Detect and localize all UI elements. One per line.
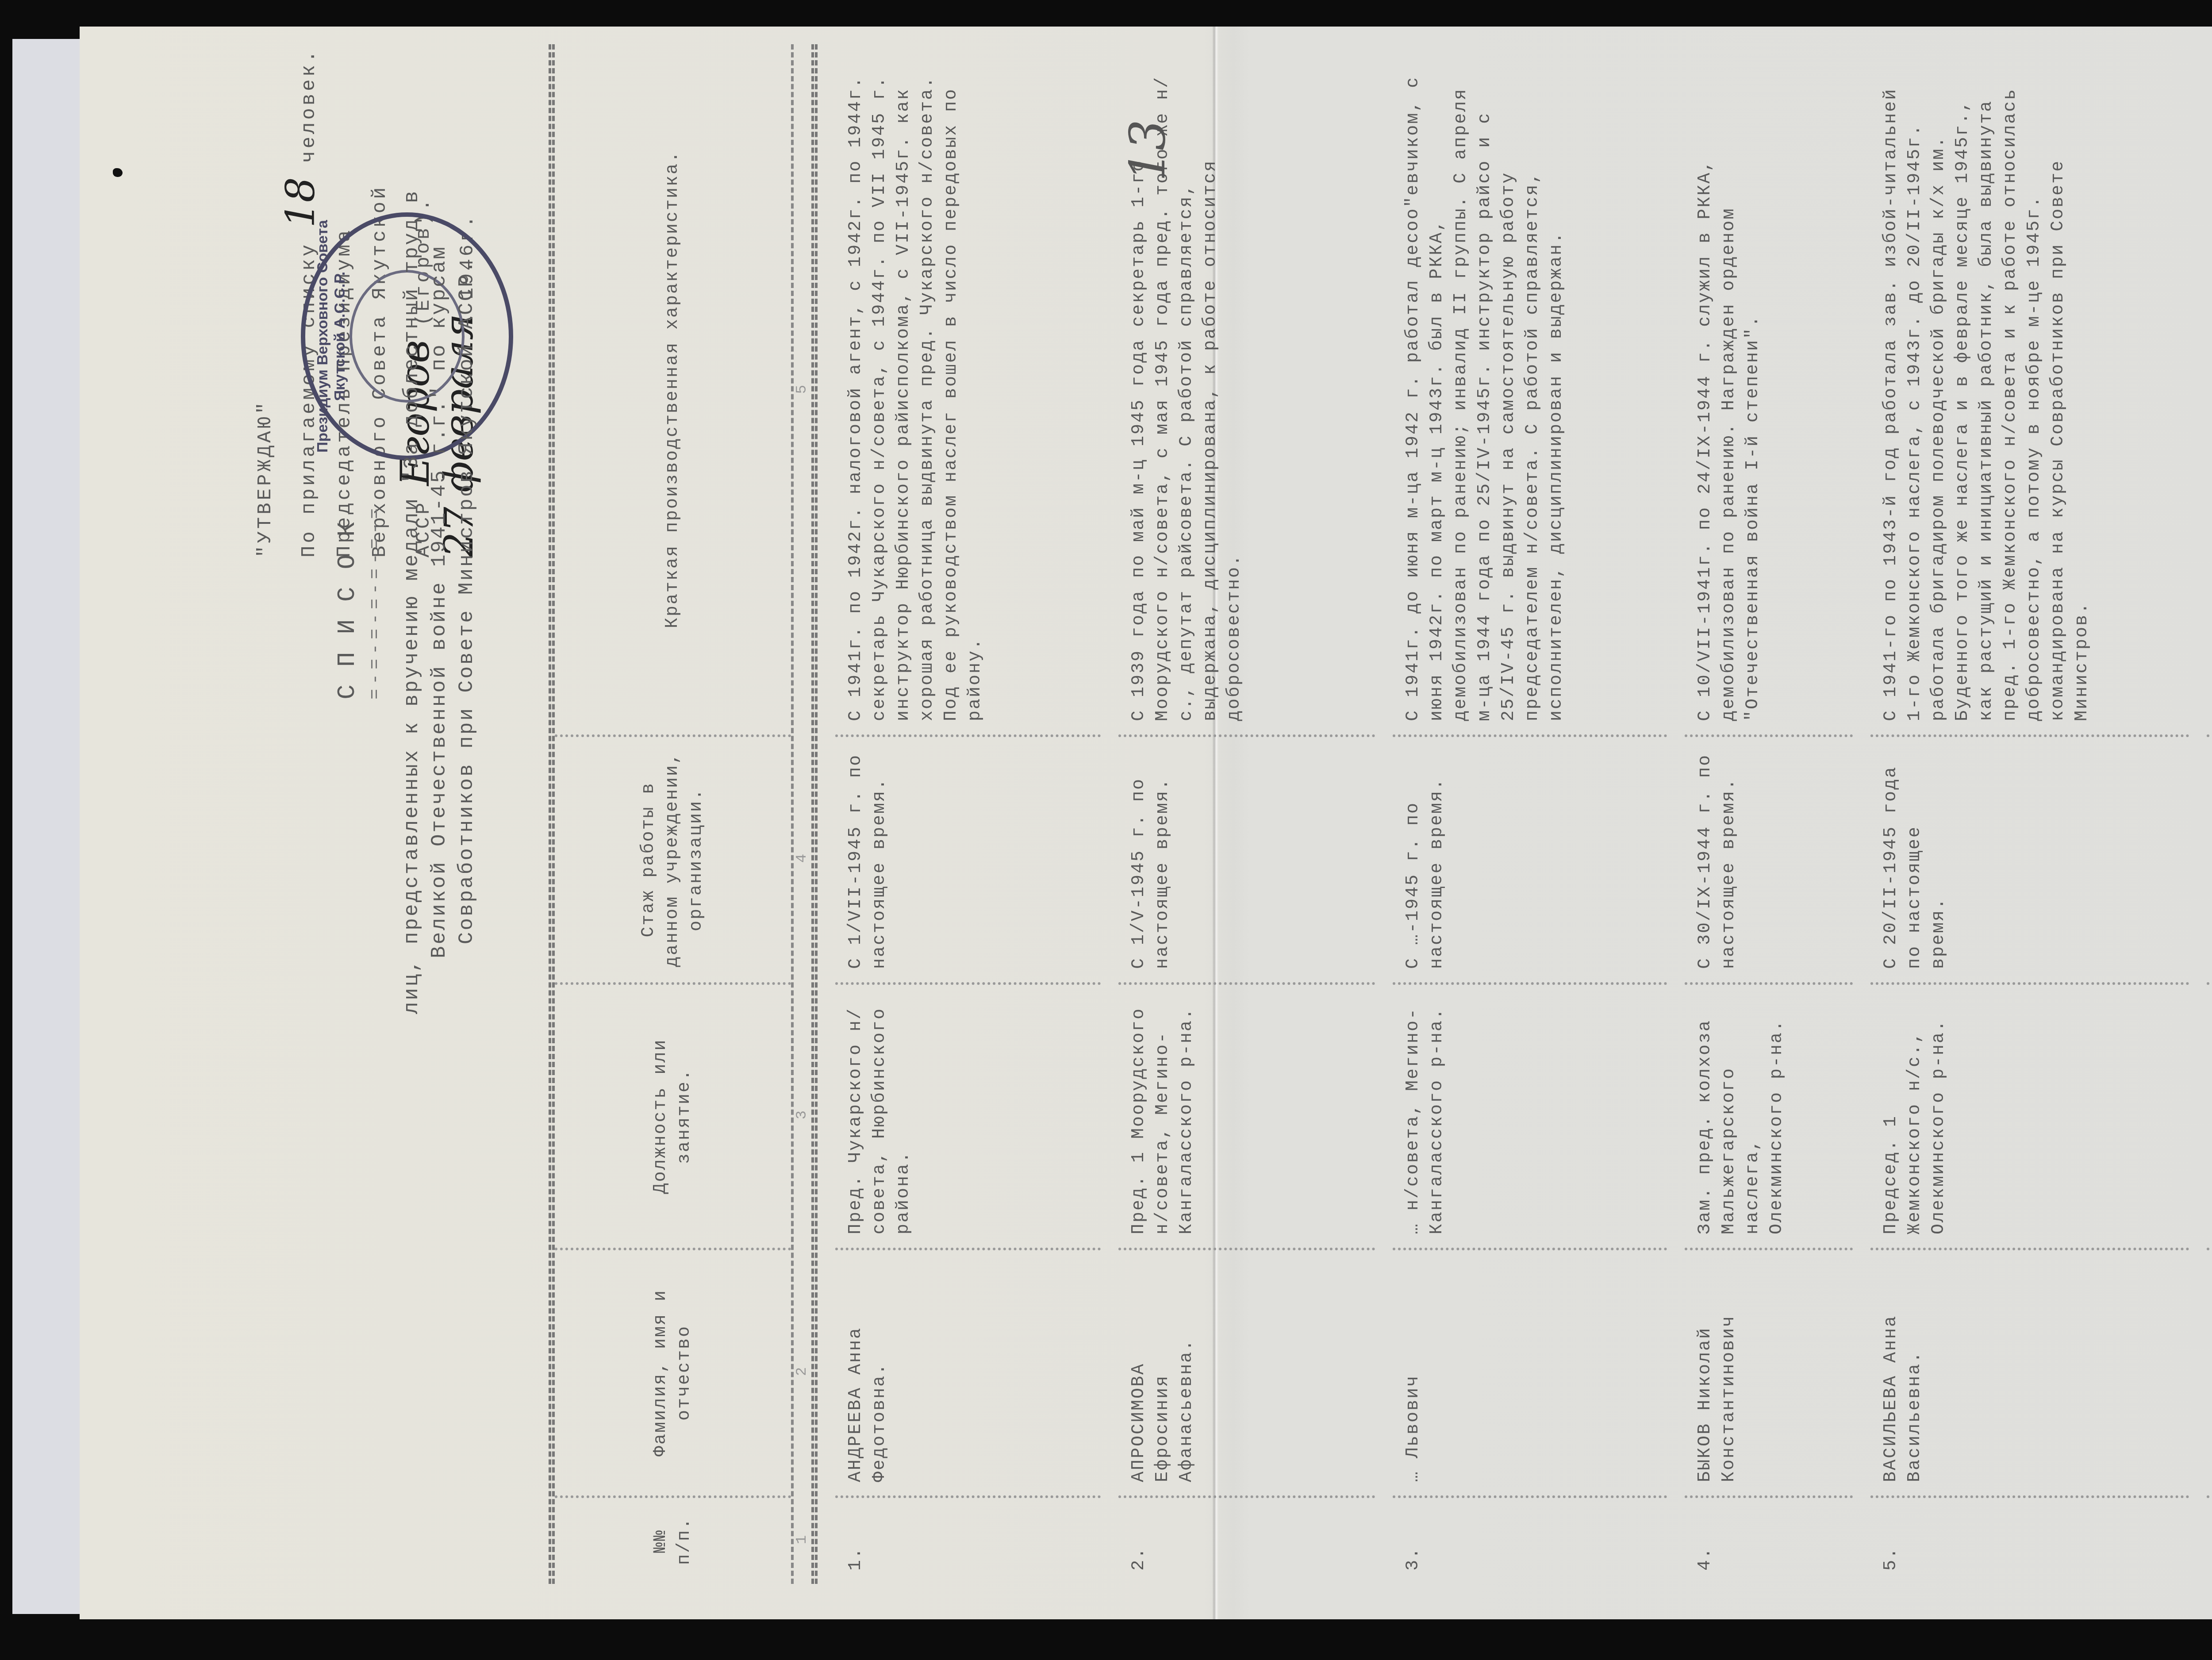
person-position: Зам. пред. колхоза Мальжегарского наслег… [1685, 982, 1853, 1248]
person-name: ВАСИЛЬЕВА Анна Васильевна. [1870, 1248, 2189, 1495]
header-name: Фамилия, имя и отчество [555, 1248, 791, 1495]
person-tenure: С 20/II-1945 года по настоящее время. [1870, 734, 2189, 982]
header-characteristic: Краткая производственная характеристика. [555, 44, 791, 734]
person-characteristic: С 1941г. по VI-1942г. инструктор РК, чле… [2207, 44, 2212, 734]
document-title: лиц, представленных к вручению медали "З… [398, 159, 480, 1044]
document-heading: СПИСОК [327, 159, 367, 1044]
header-number: №№ п/п. [555, 1495, 791, 1584]
person-name: АПРОСИМОВА Ефросиния Афанасьевна. [1118, 1248, 1375, 1495]
row-number: 5. [1870, 1495, 2189, 1584]
table-row: 3. … Львович … н/совета, Мегино-Кангалас… [1375, 44, 1667, 1584]
approval-heading: "УТВЕРЖДАЮ" [248, 71, 283, 557]
person-position: Председ. 1 Жемконского н/с., Олекминског… [1870, 982, 2189, 1248]
person-name: БЫКОВ Николай Константинович [1685, 1248, 1853, 1495]
row-number: 1. [835, 1495, 1101, 1584]
document-page: "УТВЕРЖДАЮ" По прилагаемому списку 18 че… [80, 27, 2212, 1619]
pencil-mark-row2: 13 [1119, 119, 1176, 181]
table-header: №№ п/п. Фамилия, имя и отчество Должност… [555, 44, 794, 1584]
row-number: 3. [1393, 1495, 1667, 1584]
person-name: … Львович [1393, 1248, 1667, 1495]
row-number: 4. [1685, 1495, 1853, 1584]
table-row: 5. ВАСИЛЬЕВА Анна Васильевна. Председ. 1… [1853, 44, 2189, 1584]
person-name: ГОГОЛЕВ Николай Михайлович [2207, 1248, 2212, 1495]
awardees-table: №№ п/п. Фамилия, имя и отчество Должност… [549, 44, 2212, 1584]
column-numbers: 1 2 3 4 5 [794, 44, 811, 1584]
person-tenure: С 1/V-1945 г. по настоящее время. [1118, 734, 1375, 982]
person-tenure: С 30/IX-1944 г. по настоящее время. [1685, 734, 1853, 982]
person-characteristic: С 10/VII-1941г. по 24/IX-1944 г. служил … [1685, 44, 1853, 734]
person-tenure: С …-1945 г. по настоящее время. [1393, 734, 1667, 982]
person-characteristic: С 1941-го по 1943-й год работала зав. из… [1870, 44, 2189, 734]
person-tenure: С 1/VII-1945 г. по настоящее время. [835, 734, 1101, 982]
person-name: АНДРЕЕВА Анна Федотовна. [835, 1248, 1101, 1495]
table-top-rule [549, 44, 555, 1584]
rotated-content: "УТВЕРЖДАЮ" По прилагаемому списку 18 че… [80, 27, 2212, 1619]
person-tenure: С 10/VII-1943г. по настоящее время. [2207, 734, 2212, 982]
person-position: Зав. общим отделом исполкома Усть-Алданс… [2207, 982, 2212, 1248]
table-header-rule [811, 44, 818, 1584]
table-row: 4. БЫКОВ Николай Константинович Зам. пре… [1667, 44, 1853, 1584]
row-number: 6. [2207, 1495, 2212, 1584]
person-position: … н/совета, Мегино-Кангаласского р-на. [1393, 982, 1667, 1248]
header-tenure: Стаж работы в данном учреждении, организ… [555, 734, 791, 982]
row-number: 2. [1118, 1495, 1375, 1584]
title-block: СПИСОК =-=-=-=-=-=-= лиц, представленных… [327, 159, 480, 1044]
table-row: 1. АНДРЕЕВА Анна Федотовна. Пред. Чукарс… [818, 44, 1101, 1584]
person-position: Пред. 1 Моорудского н/совета, Мегино-Кан… [1118, 982, 1375, 1248]
person-position: Пред. Чукарского н/совета, Нюрбинского р… [835, 982, 1101, 1248]
table-row: 6. ГОГОЛЕВ Николай Михайлович Зав. общим… [2189, 44, 2212, 1584]
person-characteristic: С 1941г. по 1942г. налоговой агент, с 19… [835, 44, 1101, 734]
person-characteristic: С 1941г. до июня м-ца 1942 г. работал де… [1393, 44, 1667, 734]
table-row: 2. АПРОСИМОВА Ефросиния Афанасьевна. Пре… [1101, 44, 1375, 1584]
heading-underline: =-=-=-=-=-=-= [367, 159, 385, 1044]
backing-sheet [12, 39, 83, 1614]
header-position: Должность или занятие. [555, 982, 791, 1248]
